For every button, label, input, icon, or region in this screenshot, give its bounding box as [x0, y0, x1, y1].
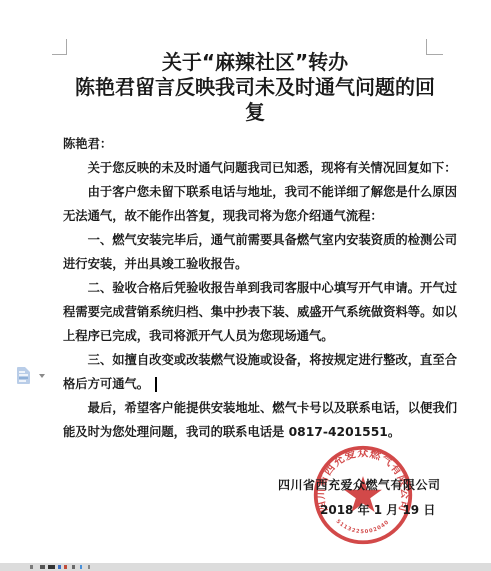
document-body[interactable]: 陈艳君： 关于您反映的未及时通气问题我司已知悉，现将有关情况回复如下： 由于客户…: [63, 132, 457, 444]
paste-options-widget[interactable]: [14, 364, 50, 388]
paste-options-icon[interactable]: [17, 367, 30, 384]
seal-graphic: 四川省西充爱众燃气有限公司 5113225002040: [311, 443, 415, 547]
taskbar-icon-fragment: [48, 565, 55, 569]
taskbar-icon-fragment: [40, 565, 45, 569]
taskbar-icon-fragment: [30, 565, 33, 569]
title-line-2: 陈艳君留言反映我司未及时通气问题的回: [58, 75, 452, 100]
salutation: 陈艳君：: [63, 132, 457, 156]
svg-text:5113225002040: 5113225002040: [335, 519, 391, 536]
chevron-down-icon[interactable]: [39, 374, 45, 378]
seal-serial-number: 5113225002040: [335, 519, 391, 536]
document-window: { "document": { "title_lines": [ "关于“麻辣社…: [0, 0, 491, 571]
signature-company: 四川省西充爱众燃气有限公司: [278, 476, 441, 493]
document-title: 关于“麻辣社区”转办 陈艳君留言反映我司未及时通气问题的回 复: [58, 50, 452, 125]
paragraph: 关于您反映的未及时通气问题我司已知悉，现将有关情况回复如下：: [63, 156, 457, 180]
taskbar-icon-fragment: [80, 565, 82, 569]
title-line-3: 复: [58, 100, 452, 125]
taskbar-icon-fragment: [72, 565, 75, 569]
taskbar-edge: [0, 563, 491, 571]
text-cursor: [155, 377, 157, 392]
paragraph: 最后，希望客户能提供安装地址、燃气卡号以及联系电话，以便我们能及时为您处理问题，…: [63, 396, 457, 444]
taskbar-icon-fragment: [64, 565, 67, 569]
paragraph: 二、验收合格后凭验收报告单到我司客服中心填写开气申请。开气过程需要完成营销系统归…: [63, 276, 457, 348]
taskbar-icon-fragment: [88, 565, 90, 569]
paragraph: 由于客户您未留下联系电话与地址，我司不能详细了解您是什么原因无法通气，故不能作出…: [63, 180, 457, 228]
company-seal: 四川省西充爱众燃气有限公司 5113225002040: [311, 443, 415, 547]
taskbar-icon-fragment: [58, 565, 61, 569]
paragraph: 三、如擅自改变或改装燃气设施或设备，将按规定进行整改，直至合格后方可通气。: [63, 348, 457, 396]
paragraph: 一、燃气安装完毕后，通气前需要具备燃气室内安装资质的检测公司进行安装，并出具竣工…: [63, 228, 457, 276]
title-line-1: 关于“麻辣社区”转办: [58, 50, 452, 75]
signature-date: 2018 年 1 月 19 日: [320, 501, 435, 518]
